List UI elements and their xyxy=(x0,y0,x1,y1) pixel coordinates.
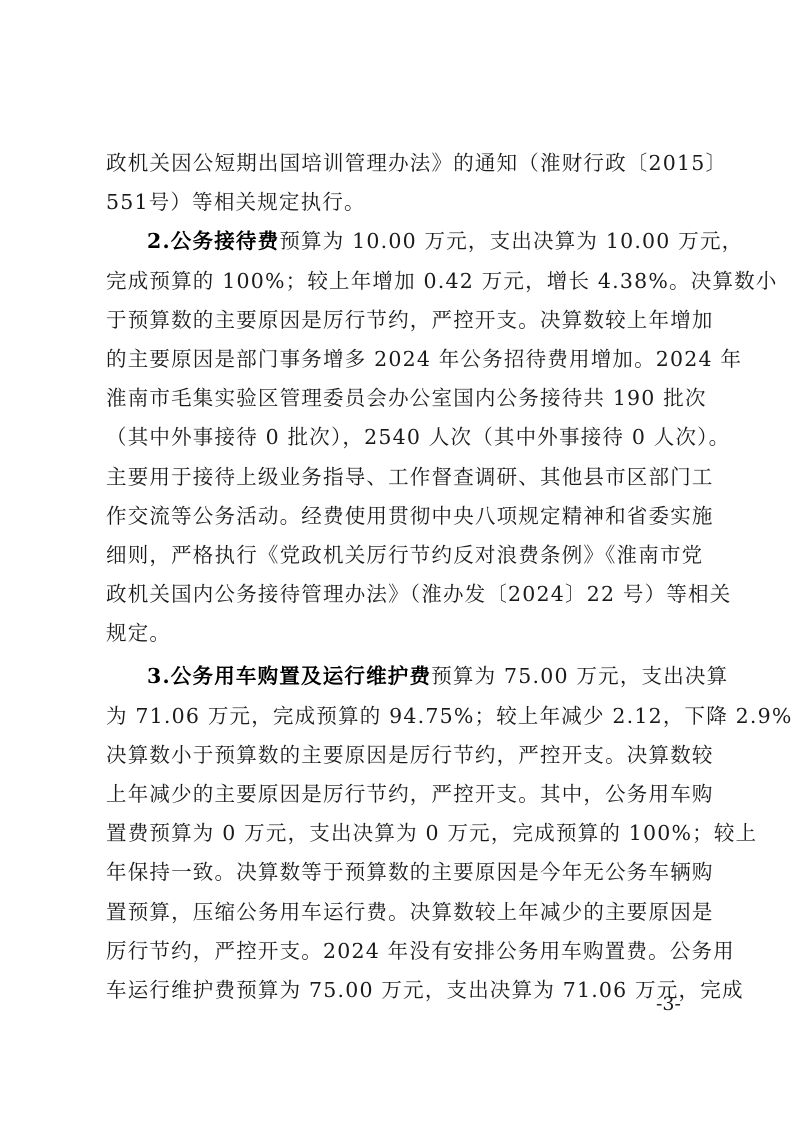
text-line: 年保持一致。决算数等于预算数的主要原因是今年无公务车辆购 xyxy=(106,853,690,892)
text-line: 作交流等公务活动。经费使用贯彻中央八项规定精神和省委实施 xyxy=(106,497,690,536)
text-line: 政机关国内公务接待管理办法》（淮办发〔2024〕22 号）等相关 xyxy=(106,575,690,614)
text-line: 规定。 xyxy=(106,614,690,653)
text-line: 为 71.06 万元，完成预算的 94.75%；较上年减少 2.12，下降 2.… xyxy=(106,697,690,736)
text-line: 政机关因公短期出国培训管理办法》的通知（淮财行政〔2015〕 xyxy=(106,144,690,183)
section-heading-vehicle: 3.公务用车购置及运行维护费 xyxy=(147,664,431,688)
text-line: 置预算，压缩公务用车运行费。决算数较上年减少的主要原因是 xyxy=(106,893,690,932)
text-line: 上年减少的主要原因是厉行节约，严控开支。其中，公务用车购 xyxy=(106,775,690,814)
text-line: 3.公务用车购置及运行维护费预算为 75.00 万元，支出决算 xyxy=(106,657,690,696)
text-line: 车运行维护费预算为 75.00 万元，支出决算为 71.06 万元，完成 xyxy=(106,971,690,1010)
page-number: -3- xyxy=(656,993,681,1015)
text-line: 的主要原因是部门事务增多 2024 年公务招待费用增加。2024 年 xyxy=(106,340,690,379)
text-line: 细则，严格执行《党政机关厉行节约反对浪费条例》《淮南市党 xyxy=(106,536,690,575)
text-line: 置费预算为 0 万元，支出决算为 0 万元，完成预算的 100%；较上 xyxy=(106,814,690,853)
text-line: 2.公务接待费预算为 10.00 万元，支出决算为 10.00 万元， xyxy=(106,222,690,261)
paragraph-training-regulations: 政机关因公短期出国培训管理办法》的通知（淮财行政〔2015〕 551号）等相关规… xyxy=(106,144,690,222)
text-line: （其中外事接待 0 批次），2540 人次（其中外事接待 0 人次）。 xyxy=(106,418,690,457)
paragraph-reception-expenses: 2.公务接待费预算为 10.00 万元，支出决算为 10.00 万元， 完成预算… xyxy=(106,222,690,653)
text-line: 厉行节约，严控开支。2024 年没有安排公务用车购置费。公务用 xyxy=(106,932,690,971)
text-line: 551号）等相关规定执行。 xyxy=(106,183,690,222)
text-line: 决算数小于预算数的主要原因是厉行节约，严控开支。决算数较 xyxy=(106,736,690,775)
document-page: 政机关因公短期出国培训管理办法》的通知（淮财行政〔2015〕 551号）等相关规… xyxy=(106,144,690,1010)
text-line: 完成预算的 100%；较上年增加 0.42 万元，增长 4.38%。决算数小 xyxy=(106,262,690,301)
text-line: 于预算数的主要原因是厉行节约，严控开支。决算数较上年增加 xyxy=(106,301,690,340)
text-fragment: 预算为 10.00 万元，支出决算为 10.00 万元， xyxy=(279,229,743,253)
text-line: 主要用于接待上级业务指导、工作督查调研、其他县市区部门工 xyxy=(106,458,690,497)
text-line: 淮南市毛集实验区管理委员会办公室国内公务接待共 190 批次 xyxy=(106,379,690,418)
text-fragment: 预算为 75.00 万元，支出决算 xyxy=(431,664,728,688)
paragraph-vehicle-expenses: 3.公务用车购置及运行维护费预算为 75.00 万元，支出决算 为 71.06 … xyxy=(106,657,690,1010)
section-heading-reception: 2.公务接待费 xyxy=(147,229,279,253)
